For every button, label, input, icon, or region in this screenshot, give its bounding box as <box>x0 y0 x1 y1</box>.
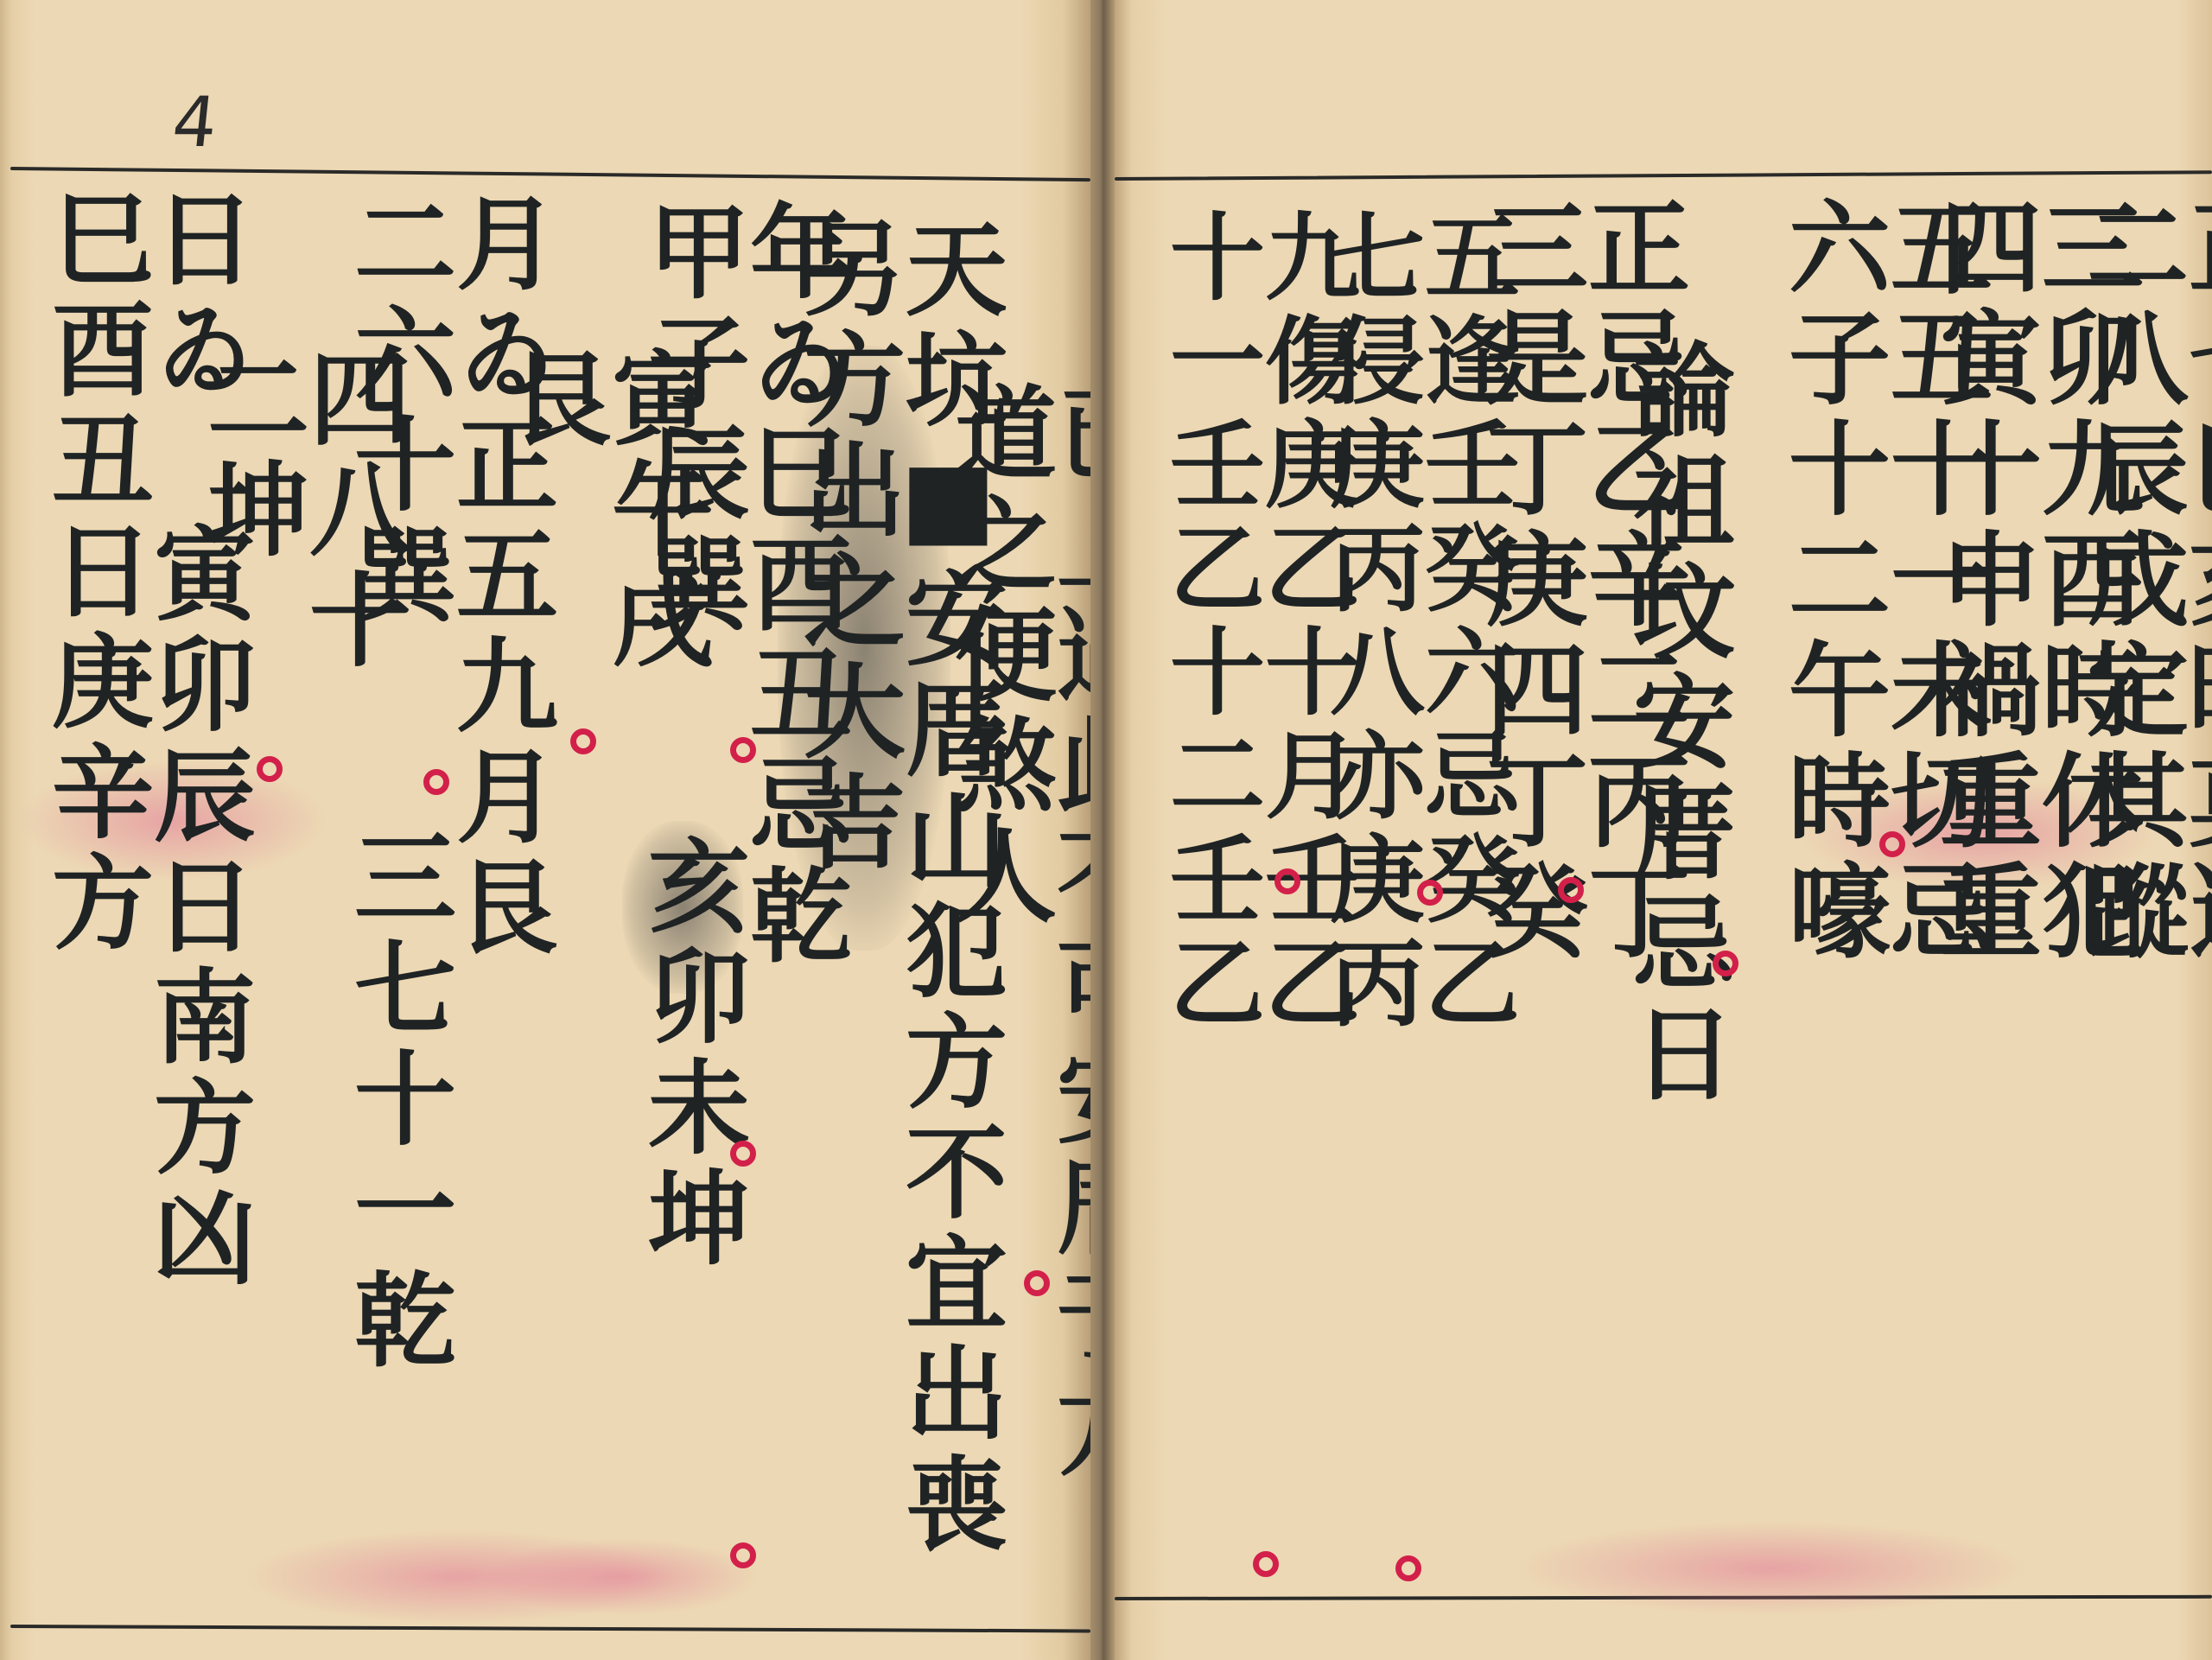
red-circle-mark <box>423 769 449 795</box>
red-circle-mark <box>1417 880 1443 906</box>
right-page: 正七巳亥時莫逢 二八辰戌定其蹤 三卯九酉時休犯 四寅十申禍重重 五丑十一未切忌 … <box>1115 0 2212 1660</box>
top-rule-right <box>1115 170 2212 181</box>
red-circle-mark <box>1713 951 1738 976</box>
red-circle-mark <box>257 756 283 782</box>
top-rule-left <box>10 167 1090 181</box>
red-circle-mark <box>1274 868 1300 894</box>
red-circle-mark <box>1253 1551 1279 1577</box>
red-circle-mark <box>1879 831 1905 857</box>
red-circle-mark <box>730 737 756 763</box>
bottom-rule-left <box>10 1625 1090 1632</box>
red-circle-mark <box>730 1542 756 1568</box>
red-circle-mark <box>1558 877 1584 903</box>
left-page: 4 已上遇此不可安厝于方道之便煞人 天坑■安厝山犯方不宜出喪另方出之大吉 年ゐ巳… <box>0 0 1090 1660</box>
red-circle-mark <box>1395 1555 1421 1581</box>
book-gutter <box>1090 0 1115 1660</box>
red-circle-mark <box>570 728 596 754</box>
red-circle-mark <box>1024 1270 1050 1296</box>
text-column-right-7: 九傷庚乙十月壬乙 十一壬乙十二壬乙 <box>1162 207 1352 1607</box>
text-column-left-7: 日ゐ 寅卯辰日南方凶 巳酉丑日庚辛方 <box>43 186 247 1603</box>
page-number: 4 <box>168 82 221 162</box>
red-circle-mark <box>730 1141 756 1167</box>
manuscript-spread: 4 已上遇此不可安厝于方道之便煞人 天坑■安厝山犯方不宜出喪另方出之大吉 年ゐ巳… <box>0 0 2212 1660</box>
text-column-right-3: 五丑十一未切忌 六子十二午時嚎 <box>1780 194 1984 1594</box>
